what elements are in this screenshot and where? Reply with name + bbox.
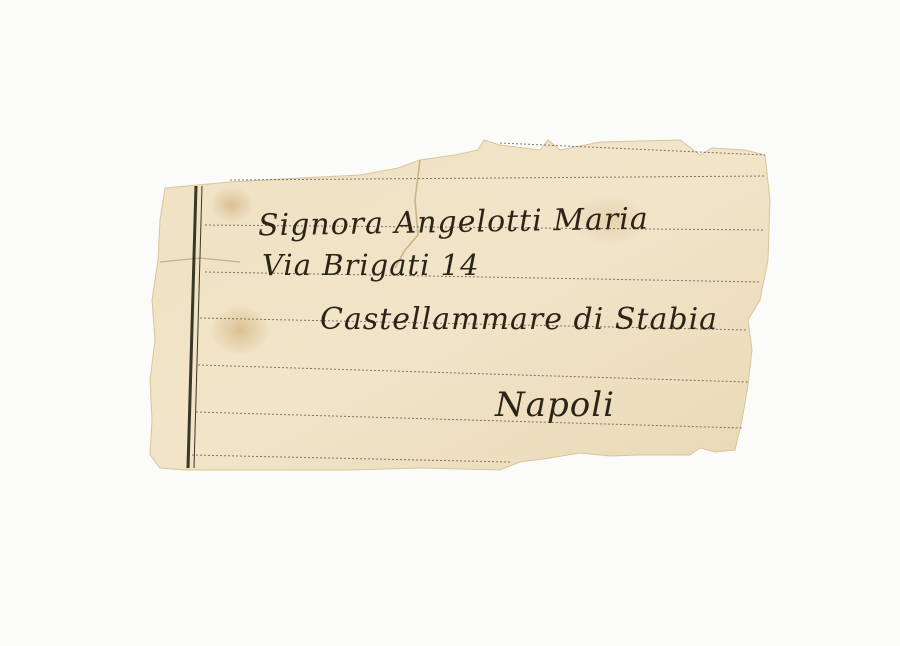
address-line-recipient: Signora Angelotti Maria <box>258 202 649 244</box>
address-line-street: Via Brigati 14 <box>262 248 480 282</box>
address-line-town: Castellammare di Stabia <box>320 302 718 337</box>
address-line-city: Napoli <box>495 385 615 425</box>
photo-scene: Signora Angelotti Maria Via Brigati 14 C… <box>0 0 900 646</box>
